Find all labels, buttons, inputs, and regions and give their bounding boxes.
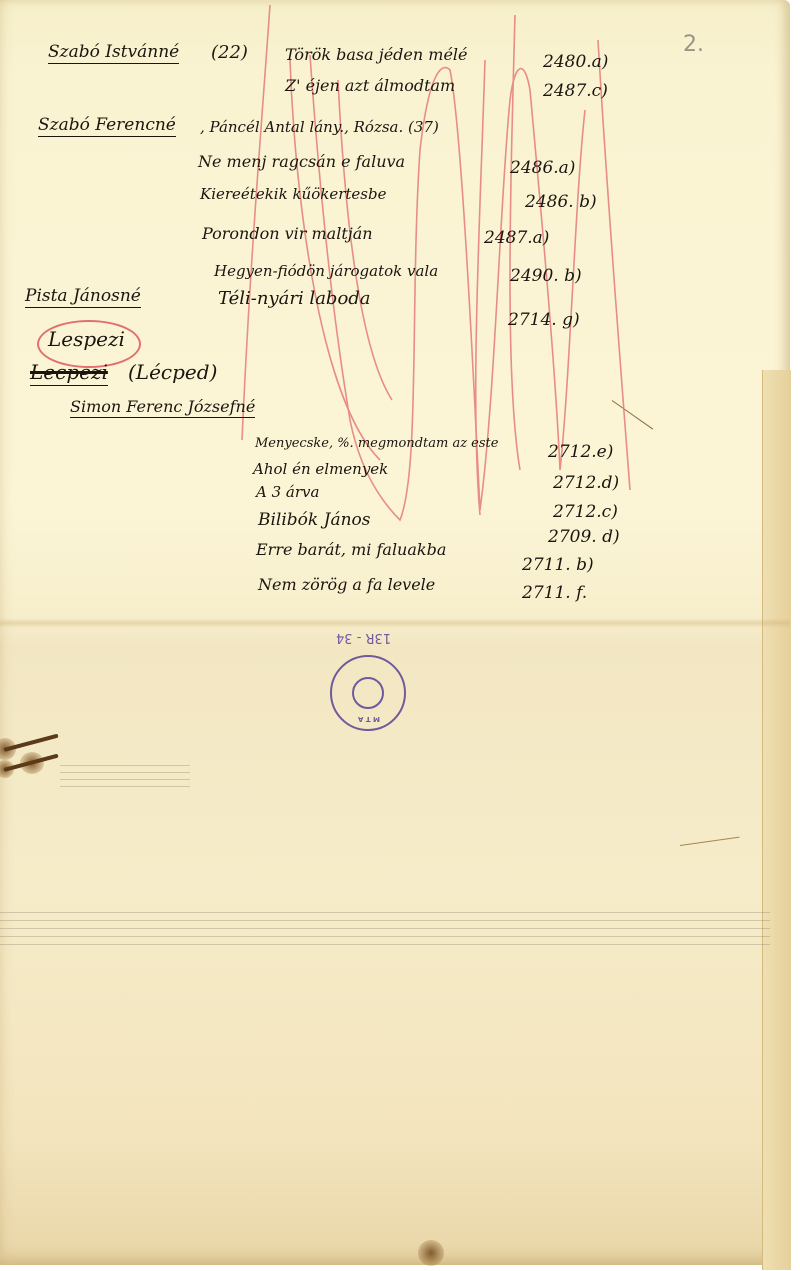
song-ref: 2490. b) — [510, 266, 582, 286]
song-title: Téli-nyári laboda — [218, 288, 371, 309]
torn-right-edge — [762, 370, 791, 1270]
song-ref: 2711. f. — [522, 583, 587, 603]
song-ref: 2712.c) — [553, 502, 618, 522]
song-ref: 2712.e) — [548, 442, 613, 462]
song-title: Nem zörög a fa levele — [258, 575, 435, 594]
rust-stain — [418, 1240, 444, 1266]
singer-name: Szabó Istvánné — [48, 42, 179, 64]
institute-stamp: M T A — [330, 655, 406, 731]
singer-age: (22) — [211, 42, 248, 63]
singer-name: Simon Ferenc Józsefné — [70, 397, 255, 418]
song-title: Bilibók János — [258, 510, 370, 530]
location-struck-original: Lecpezi — [30, 360, 108, 386]
song-title: Erre barát, mi faluakba — [256, 540, 446, 559]
paper-sheet — [0, 0, 790, 1265]
song-title: Török basa jéden mélé — [285, 45, 468, 64]
ghost-staff-line — [60, 786, 190, 787]
song-title: Z' éjen azt álmodtam — [285, 76, 455, 95]
song-title: Kiereétekik kűökertesbe — [200, 185, 386, 203]
song-ref: 2712.d) — [553, 473, 619, 493]
page-number: 2. — [683, 32, 704, 57]
singer-name: Pista Jánosné — [25, 286, 141, 308]
song-title: Ahol én elmenyek — [253, 460, 388, 478]
song-ref: 2714. g) — [508, 310, 580, 330]
song-title: Menyecske, %. megmondtam az este — [255, 436, 498, 451]
song-title: Porondon vir maltján — [202, 224, 373, 243]
song-title: A 3 árva — [256, 483, 319, 501]
archive-number: 13R - 34 — [336, 630, 391, 645]
song-ref: 2711. b) — [522, 555, 594, 575]
song-ref: 2486. b) — [525, 192, 597, 212]
ghost-staff-line — [0, 944, 770, 945]
song-ref: 2487.c) — [543, 81, 608, 101]
ghost-staff-line — [60, 779, 190, 780]
ghost-staff-line — [60, 772, 190, 773]
location-correction: Lespezi — [48, 327, 125, 351]
song-ref: 2709. d) — [548, 527, 620, 547]
stamp-emblem-icon — [352, 677, 384, 709]
ghost-staff-line — [60, 765, 190, 766]
location-parenthetical: (Lécped) — [128, 360, 217, 384]
song-ref: 2486.a) — [510, 158, 575, 178]
ghost-staff-line — [0, 920, 770, 921]
song-title: Hegyen-fiódön járogatok vala — [214, 262, 438, 280]
song-ref: 2487.a) — [484, 228, 549, 248]
horizontal-fold — [0, 618, 790, 628]
ghost-staff-line — [0, 912, 770, 913]
song-ref: 2480.a) — [543, 52, 608, 72]
ghost-staff-line — [0, 928, 770, 929]
stamp-bottom-text: M T A — [358, 715, 380, 723]
ghost-staff-line — [0, 936, 770, 937]
song-title: Ne menj ragcsán e faluva — [198, 152, 405, 171]
singer-name: Szabó Ferencné — [38, 115, 176, 137]
singer-note: , Páncél Antal lány., Rózsa. (37) — [200, 118, 439, 136]
